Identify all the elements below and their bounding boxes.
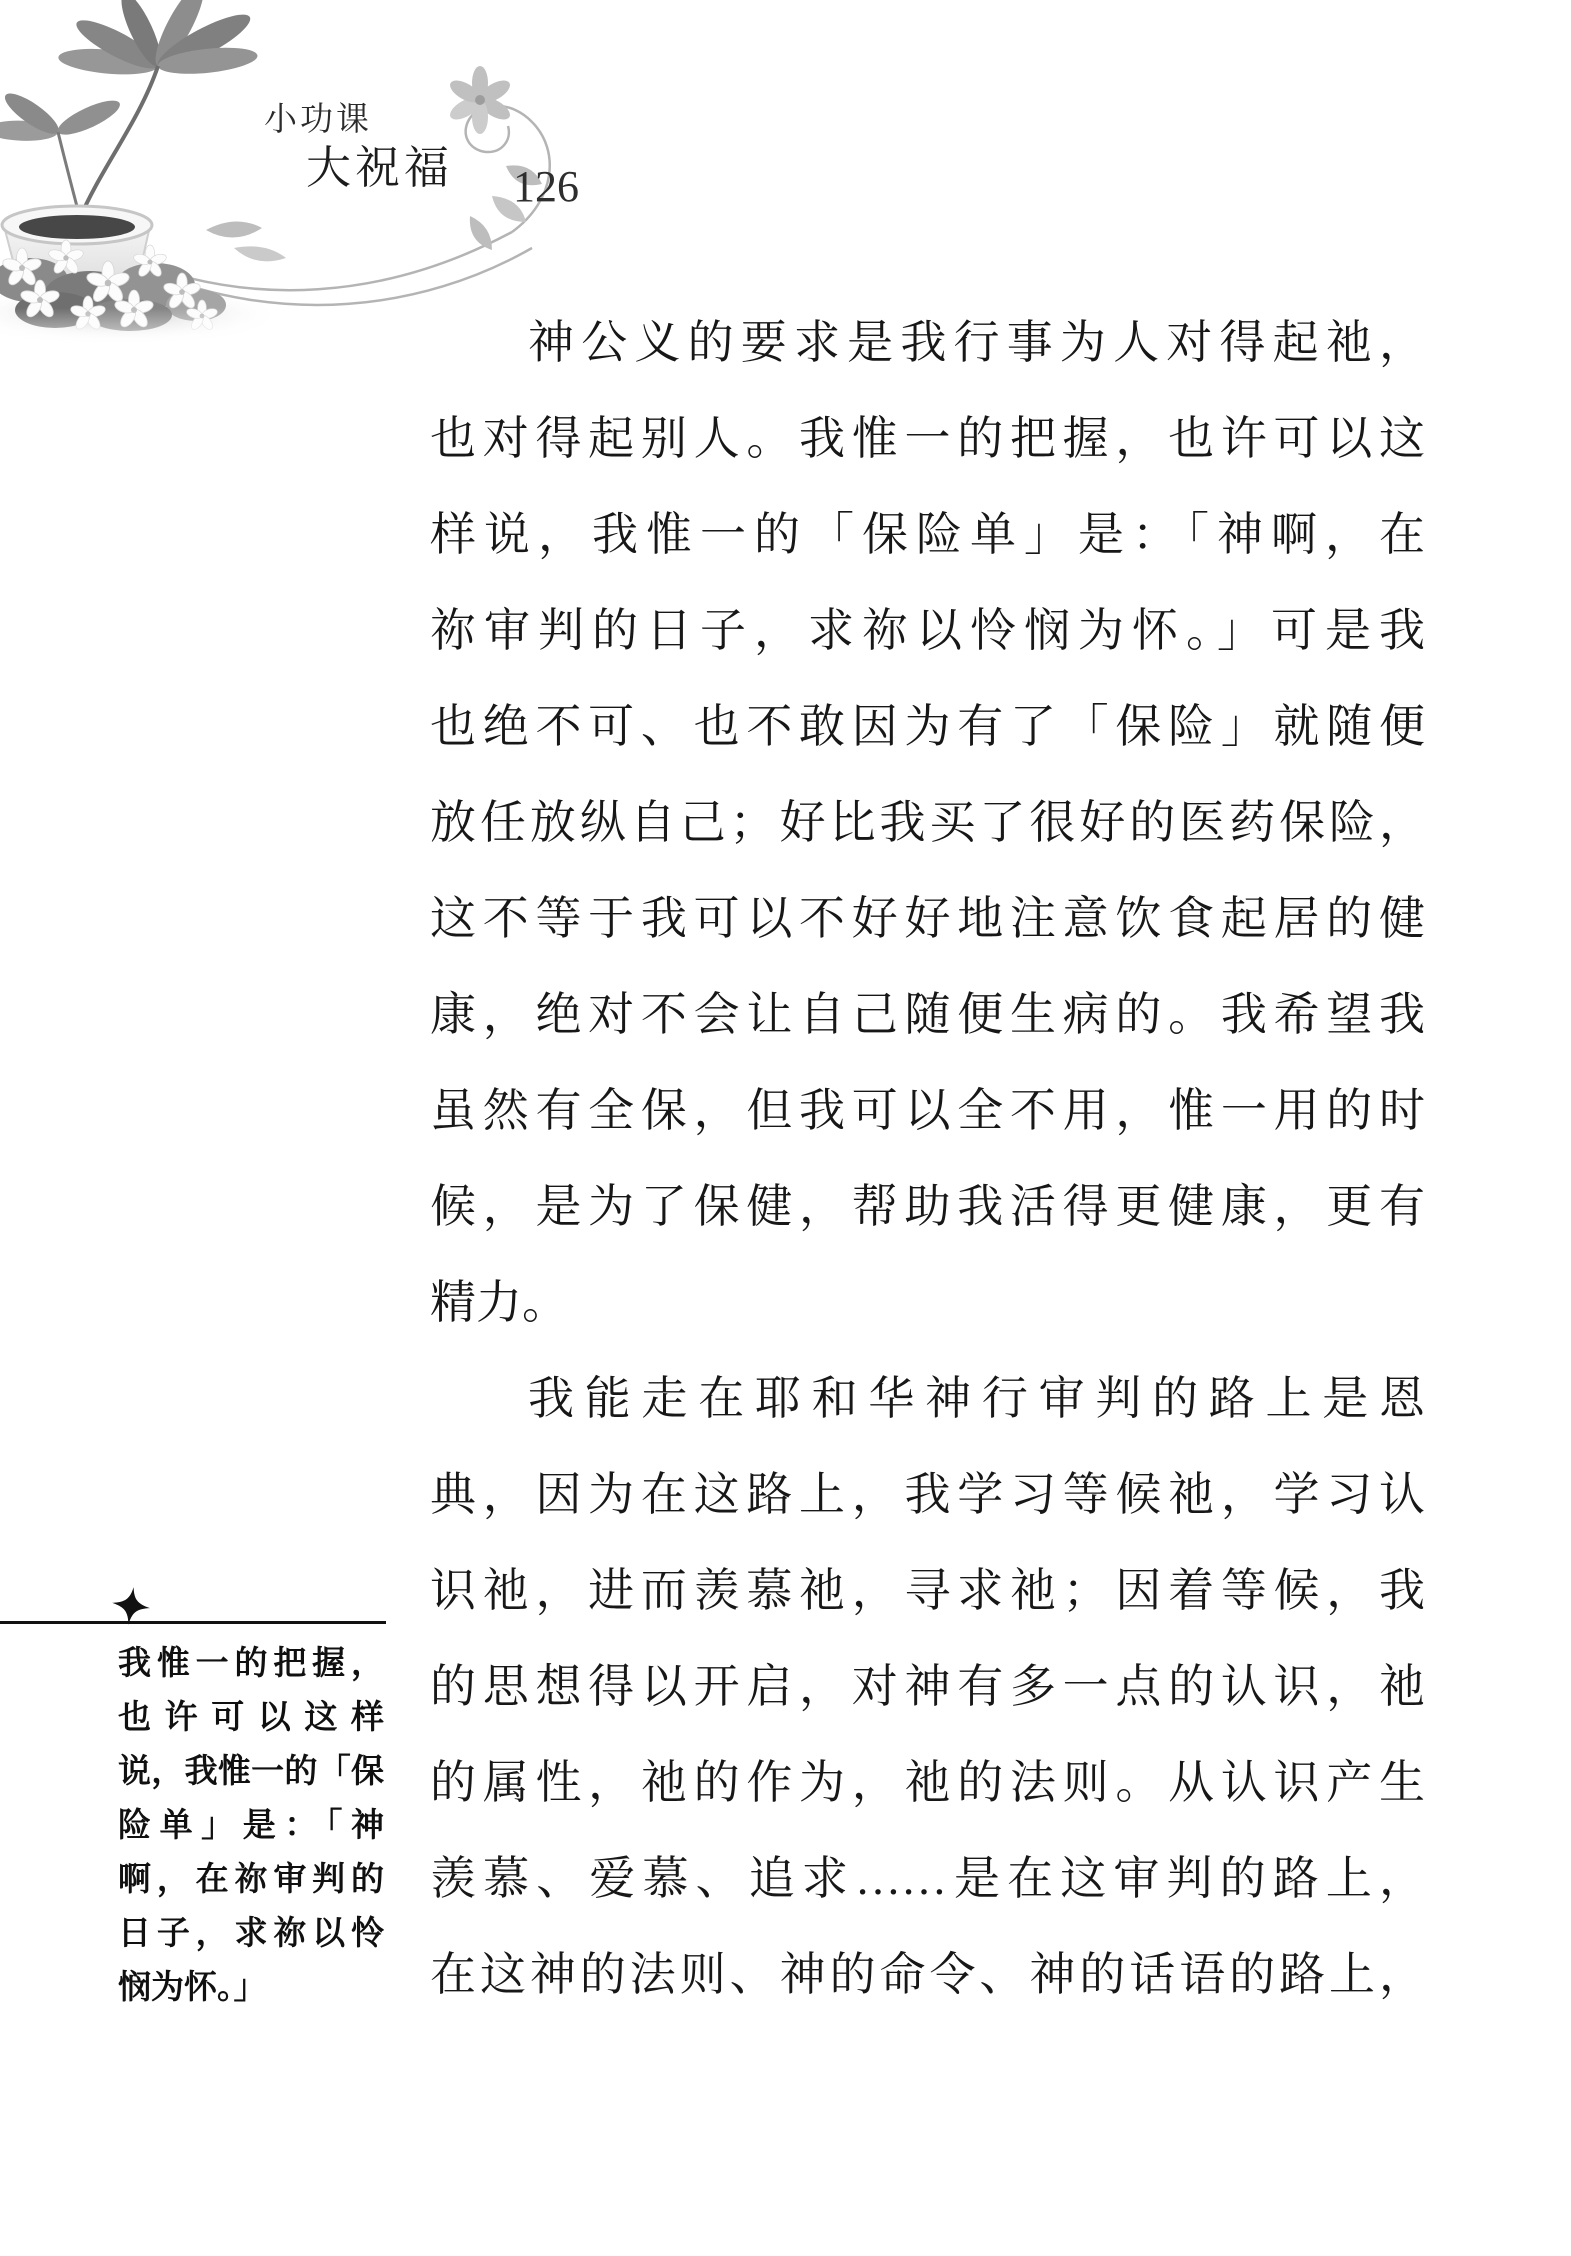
quote-line: 我惟一的把握，: [118, 1636, 384, 1690]
text-line: 我能走在耶和华神行审判的路上是恩: [430, 1351, 1425, 1447]
quote-line: 悯为怀。」: [118, 1960, 384, 2014]
text-line: 这不等于我可以不好好地注意饮食起居的健: [430, 871, 1425, 967]
text-line: 的属性，祂的作为，祂的法则。从认识产生: [430, 1735, 1425, 1831]
quote-line: 说，我惟一的「保: [118, 1744, 384, 1798]
book-page: 小功课 大祝福 126 神公义的要求是我行事为人对得起祂， 也对得起别人。我惟一…: [0, 0, 1571, 2256]
text-line: 的思想得以开启，对神有多一点的认识，祂: [430, 1639, 1425, 1735]
text-line: 羡慕、爱慕、追求……是在这审判的路上，: [430, 1831, 1425, 1927]
main-text-block: 神公义的要求是我行事为人对得起祂， 也对得起别人。我惟一的把握，也许可以这 样说…: [430, 295, 1425, 2023]
text-line: 识祂，进而羡慕祂，寻求祂；因着等候，我: [430, 1543, 1425, 1639]
quote-line: 啊，在祢审判的: [118, 1852, 384, 1906]
book-title: 大祝福: [306, 144, 453, 192]
text-line: 样说，我惟一的「保险单」是：「神啊，在: [430, 487, 1425, 583]
text-line: 也对得起别人。我惟一的把握，也许可以这: [430, 391, 1425, 487]
sidebar-pull-quote: 我惟一的把握， 也许可以这样 说，我惟一的「保 险单」是：「神 啊，在祢审判的 …: [118, 1636, 384, 2014]
text-line: 精力。: [430, 1255, 1425, 1351]
text-line: 祢审判的日子，求祢以怜悯为怀。」可是我: [430, 583, 1425, 679]
text-line: 虽然有全保，但我可以全不用，惟一用的时: [430, 1063, 1425, 1159]
text-line: 候，是为了保健，帮助我活得更健康，更有: [430, 1159, 1425, 1255]
text-line: 典，因为在这路上，我学习等候祂，学习认: [430, 1447, 1425, 1543]
text-line: 神公义的要求是我行事为人对得起祂，: [430, 295, 1425, 391]
quote-line: 也许可以这样: [118, 1690, 384, 1744]
text-line: 也绝不可、也不敢因为有了「保险」就随便: [430, 679, 1425, 775]
quote-line: 险单」是：「神: [118, 1798, 384, 1852]
sidebar-rule: [0, 1621, 386, 1624]
series-title: 小功课: [264, 101, 372, 137]
text-line: 放任放纵自己；好比我买了很好的医药保险，: [430, 775, 1425, 871]
text-line: 康，绝对不会让自己随便生病的。我希望我: [430, 967, 1425, 1063]
page-number: 126: [513, 164, 579, 210]
quote-line: 日子，求祢以怜: [118, 1906, 384, 1960]
text-line: 在这神的法则、神的命令、神的话语的路上，: [430, 1927, 1425, 2023]
